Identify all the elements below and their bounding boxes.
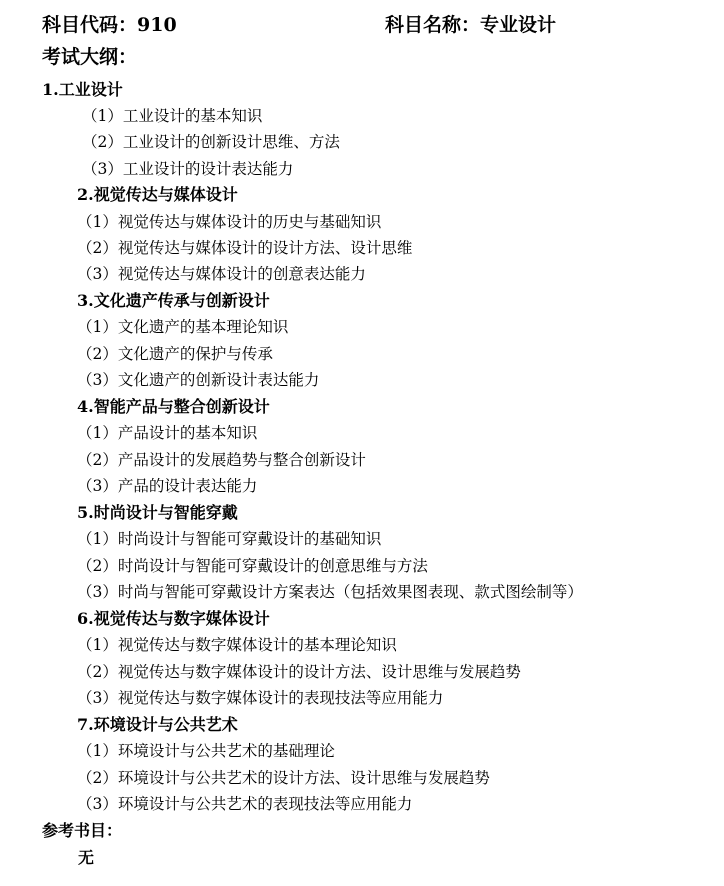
section-1-title: 1.工业设计 (42, 79, 123, 101)
section-7-title: 7.环境设计与公共艺术 (77, 714, 238, 736)
section-7-item-1: （1）环境设计与公共艺术的基础理论 (77, 740, 335, 762)
section-1-item-2: （2）工业设计的创新设计思维、方法 (82, 131, 340, 153)
section-2-item-1: （1）视觉传达与媒体设计的历史与基础知识 (77, 211, 381, 233)
section-1-item-3: （3）工业设计的设计表达能力 (82, 158, 293, 180)
section-5-title: 5.时尚设计与智能穿戴 (77, 502, 238, 524)
section-3-item-2: （2）文化遗产的保护与传承 (77, 343, 273, 365)
section-2-title: 2.视觉传达与媒体设计 (77, 184, 238, 206)
section-2-item-3: （3）视觉传达与媒体设计的创意表达能力 (77, 263, 366, 285)
section-4-item-2: （2）产品设计的发展趋势与整合创新设计 (77, 449, 366, 471)
section-6-item-1: （1）视觉传达与数字媒体设计的基本理论知识 (77, 634, 397, 656)
section-5-item-2: （2）时尚设计与智能可穿戴设计的创意思维与方法 (77, 555, 428, 577)
references-title: 参考书目： (42, 820, 122, 842)
section-3-item-3: （3）文化遗产的创新设计表达能力 (77, 369, 319, 391)
section-4-item-3: （3）产品的设计表达能力 (77, 475, 257, 497)
section-7-item-2: （2）环境设计与公共艺术的设计方法、设计思维与发展趋势 (77, 767, 490, 789)
outline-title: 考试大纲： (42, 44, 137, 70)
section-2-item-2: （2）视觉传达与媒体设计的设计方法、设计思维 (77, 237, 412, 259)
section-4-title: 4.智能产品与整合创新设计 (77, 396, 270, 418)
section-6-item-2: （2）视觉传达与数字媒体设计的设计方法、设计思维与发展趋势 (77, 661, 521, 683)
section-5-item-3: （3）时尚与智能可穿戴设计方案表达（包括效果图表现、款式图绘制等） (77, 581, 583, 603)
subject-code: 科目代码：910 (42, 12, 177, 38)
references-value: 无 (78, 847, 94, 869)
section-1-item-1: （1）工业设计的基本知识 (82, 105, 262, 127)
subject-name: 科目名称：专业设计 (385, 12, 556, 38)
section-7-item-3: （3）环境设计与公共艺术的表现技法等应用能力 (77, 793, 412, 815)
section-6-title: 6.视觉传达与数字媒体设计 (77, 608, 270, 630)
section-5-item-1: （1）时尚设计与智能可穿戴设计的基础知识 (77, 528, 381, 550)
section-6-item-3: （3）视觉传达与数字媒体设计的表现技法等应用能力 (77, 687, 443, 709)
section-3-title: 3.文化遗产传承与创新设计 (77, 290, 270, 312)
section-3-item-1: （1）文化遗产的基本理论知识 (77, 316, 288, 338)
section-4-item-1: （1）产品设计的基本知识 (77, 422, 257, 444)
